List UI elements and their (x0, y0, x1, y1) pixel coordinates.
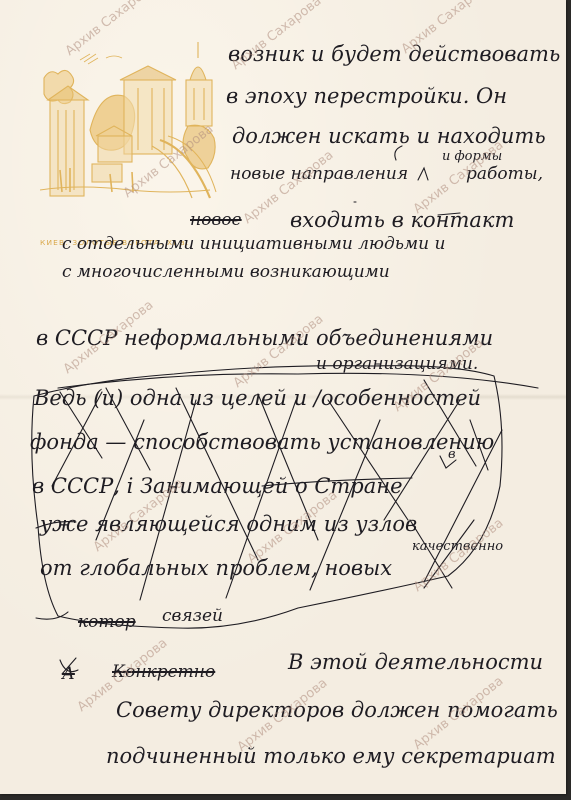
manuscript-page: КИЕВ. ЗОЛОТЫЕ ВОРОТА. XI в. возник и буд… (0, 0, 566, 794)
cross-out-strokes (0, 0, 566, 794)
